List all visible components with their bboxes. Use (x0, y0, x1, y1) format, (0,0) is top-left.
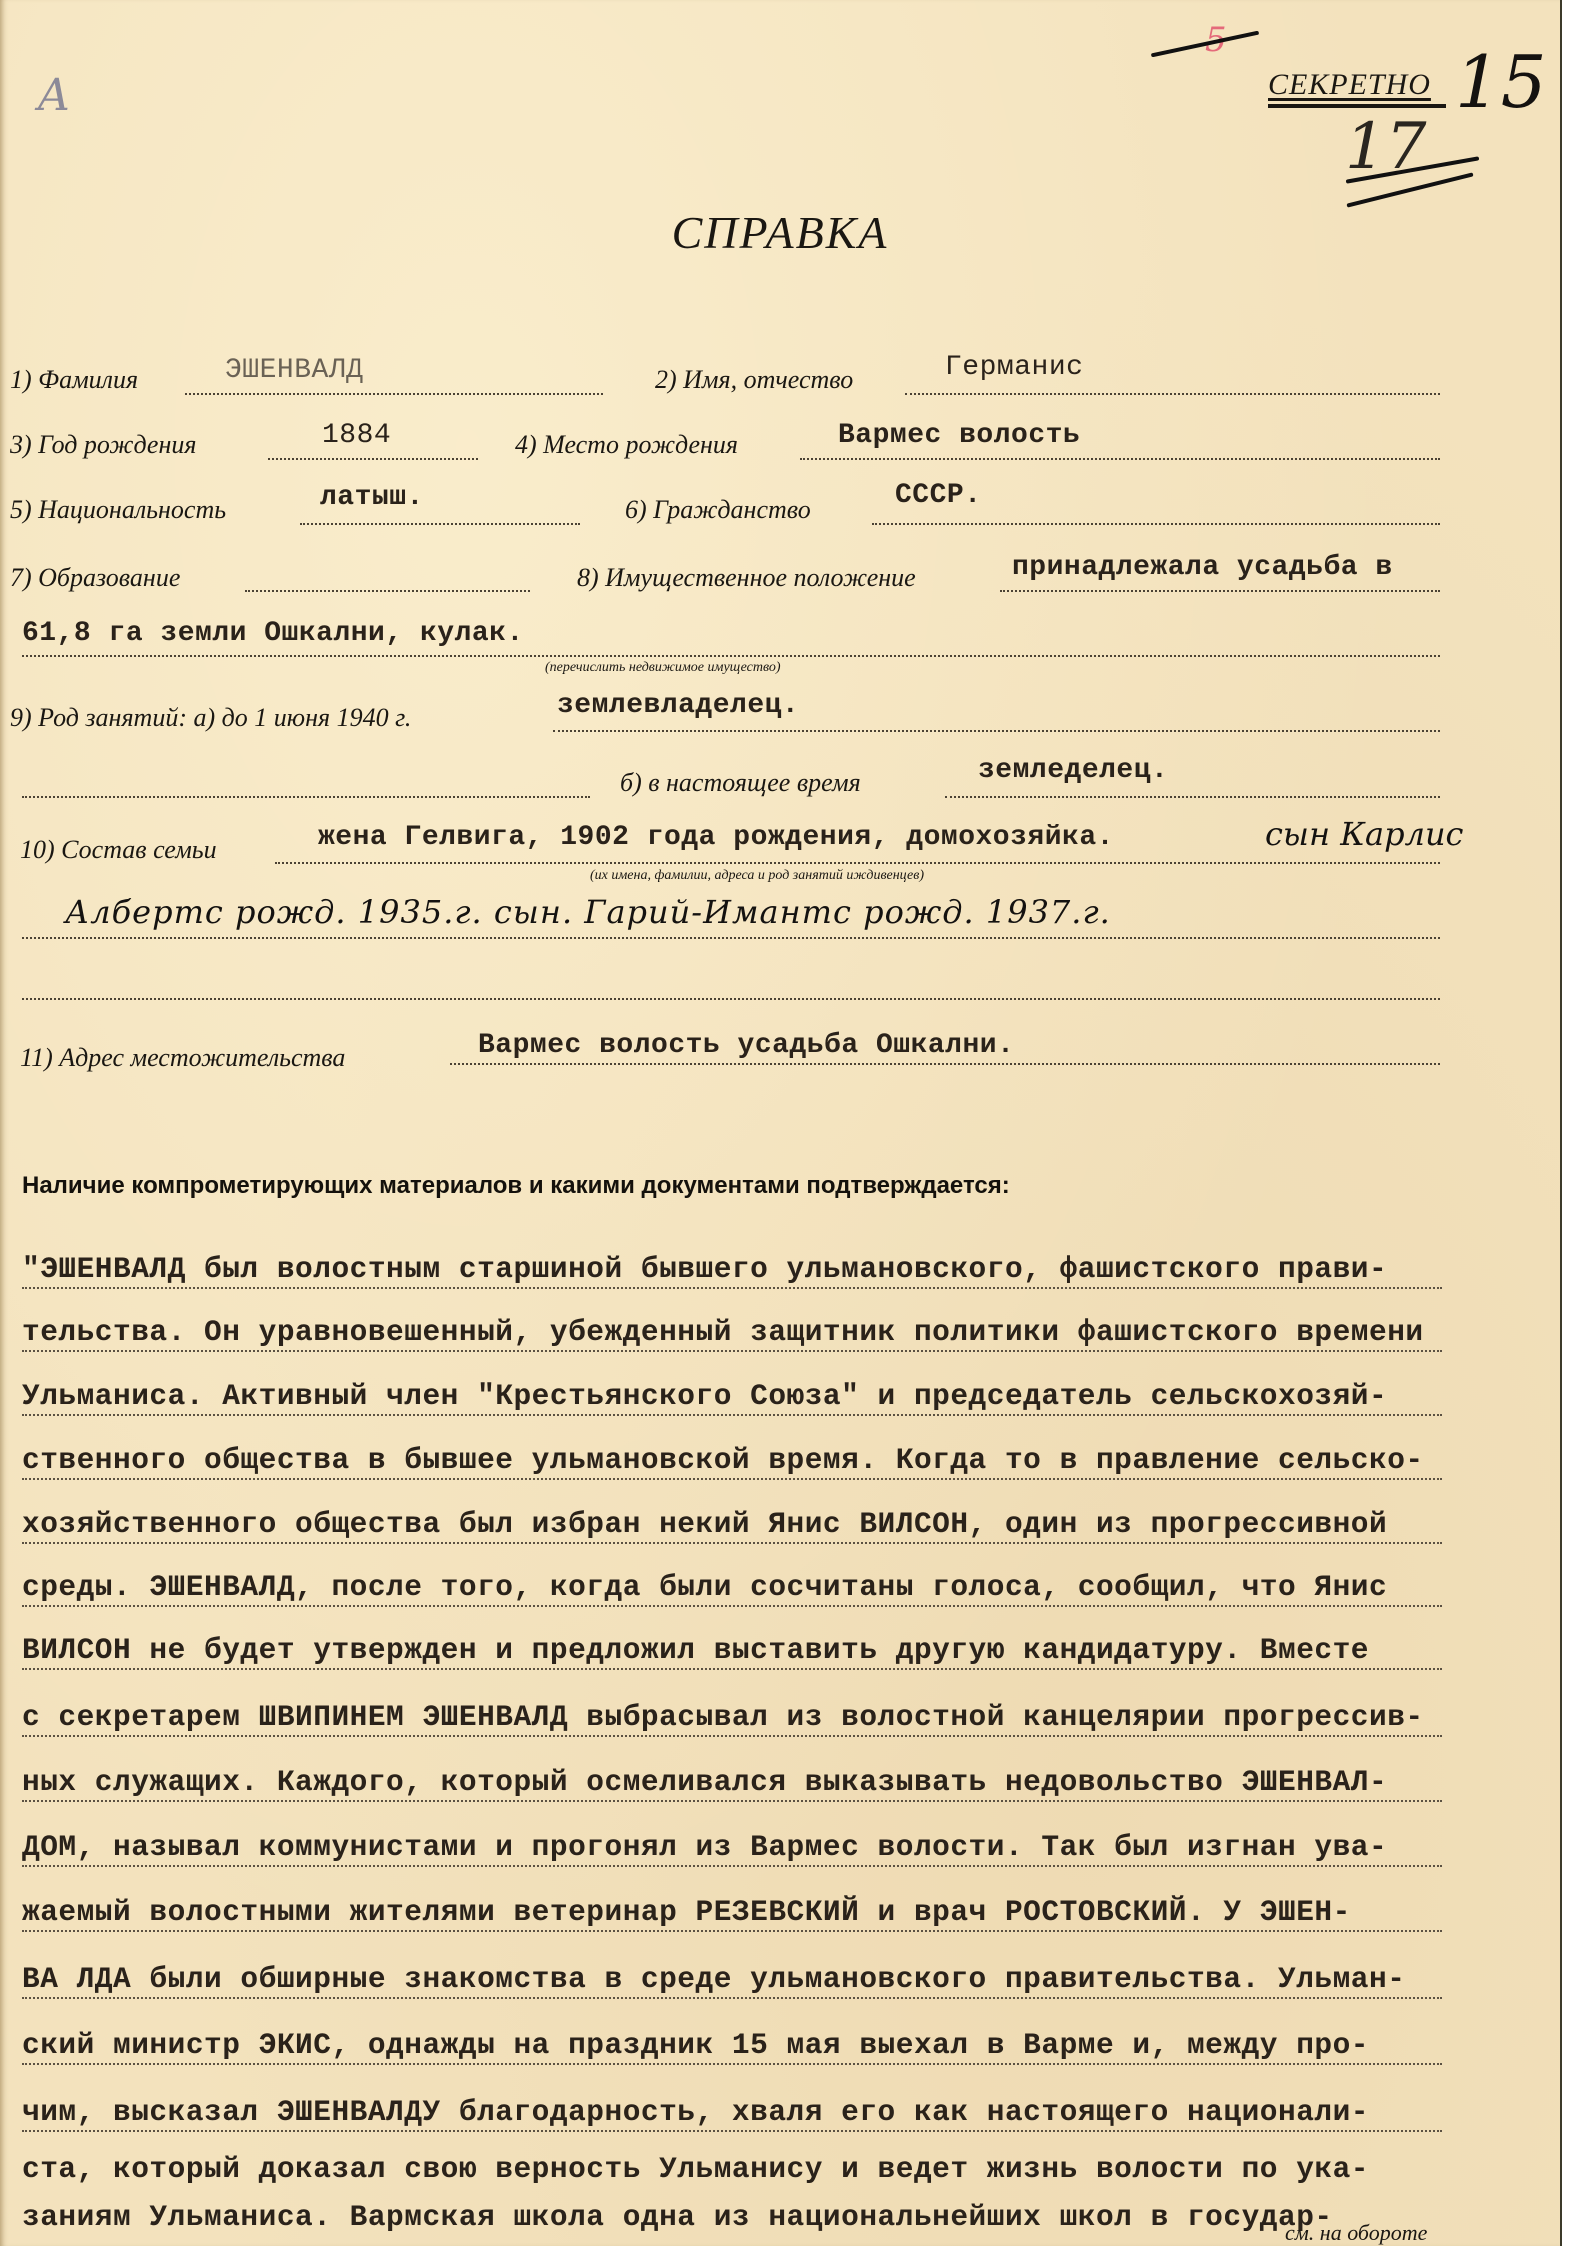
dotted-line (22, 937, 1440, 939)
dotted-line (450, 1063, 1440, 1065)
materials-heading: Наличие компрометирующих материалов и ка… (22, 1172, 1010, 1200)
text-line: с секретарем ШВИПИНЕМ ЭШЕНВАЛД выбрасыва… (22, 1700, 1424, 1734)
dotted-line (22, 1478, 1442, 1480)
label-family: 10) Состав семьи (20, 835, 217, 865)
dotted-line (945, 796, 1440, 798)
text-line: ственного общества в бывшее ульмановской… (22, 1443, 1424, 1477)
value-occupation-now: земледелец. (978, 755, 1168, 786)
classification-stamp: СЕКРЕТНО (1268, 68, 1431, 102)
dotted-line (905, 393, 1440, 395)
value-name-patronymic: Германис (945, 352, 1083, 383)
dotted-line (22, 1735, 1442, 1737)
label-occupation-now: б) в настоящее время (620, 768, 861, 798)
value-birth-place: Вармес волость (838, 420, 1080, 451)
document-title: СПРАВКА (0, 206, 1560, 259)
dotted-line (22, 796, 590, 798)
label-surname: 1) Фамилия (10, 365, 138, 395)
dotted-line (872, 523, 1440, 525)
value-address: Вармес волость усадьба Ошкални. (478, 1030, 1014, 1061)
dotted-line (22, 1605, 1442, 1607)
text-line: ста, который доказал свою верность Ульма… (22, 2152, 1369, 2186)
dotted-line (22, 655, 1440, 657)
dotted-line (22, 2130, 1442, 2132)
dotted-line (275, 862, 1440, 864)
text-line: Ульманиса. Активный член "Крестьянского … (22, 1379, 1387, 1413)
text-line: чим, высказал ЭШЕНВАЛДУ благодарность, х… (22, 2095, 1369, 2129)
label-birth-place: 4) Место рождения (515, 430, 738, 460)
label-nationality: 5) Национальность (10, 495, 226, 525)
text-line: хозяйственного общества был избран некий… (22, 1507, 1387, 1541)
page-number: 15 (1455, 40, 1547, 124)
value-property-continued: 61,8 га земли Ошкални, кулак. (22, 618, 524, 649)
hint-family: (их имена, фамилии, адреса и род занятий… (590, 868, 924, 884)
label-birth-year: 3) Год рождения (10, 430, 196, 460)
value-surname: ЭШЕНВАЛД (225, 355, 363, 386)
dotted-line (185, 393, 603, 395)
dotted-line (300, 523, 580, 525)
dotted-line (22, 1800, 1442, 1802)
value-property-status: принадлежала усадьба в (1012, 552, 1393, 583)
text-line: ский министр ЭКИС, однажды на праздник 1… (22, 2028, 1369, 2062)
dotted-line (268, 458, 478, 460)
text-line: ВА ЛДА были обширные знакомства в среде … (22, 1962, 1405, 1996)
classification-underline (1268, 104, 1446, 108)
text-line: тельства. Он уравновешенный, убежденный … (22, 1315, 1424, 1349)
handwritten-family-continued: Албертс рожд. 1935.г. сын. Гарий-Имантс … (65, 893, 1111, 931)
label-occupation-before: 9) Род занятий: а) до 1 июня 1940 г. (10, 703, 411, 733)
value-family: жена Гелвига, 1902 года рождения, домохо… (318, 822, 1114, 853)
text-line: жаемый волостными жителями ветеринар РЕЗ… (22, 1895, 1351, 1929)
hint-property: (перечислить недвижимое имущество) (545, 660, 781, 676)
dotted-line (800, 458, 1440, 460)
text-line: ВИЛСОН не будет утвержден и предложил вы… (22, 1633, 1369, 1667)
value-birth-year: 1884 (322, 420, 391, 451)
text-line: среды. ЭШЕНВАЛД, после того, когда были … (22, 1570, 1387, 1604)
text-line: заниям Ульманиса. Вармская школа одна из… (22, 2200, 1333, 2234)
text-line: "ЭШЕНВАЛД был волостным старшиной бывшег… (22, 1252, 1387, 1286)
dotted-line (22, 1542, 1442, 1544)
text-line: ДОМ, называл коммунистами и прогонял из … (22, 1830, 1387, 1864)
dotted-line (553, 730, 1440, 732)
value-nationality: латыш. (320, 482, 424, 513)
document-page: A 5 СЕКРЕТНО 15 17 СПРАВКА 1) Фамилия ЭШ… (0, 0, 1562, 2246)
dotted-line (22, 1668, 1442, 1670)
dotted-line (22, 1350, 1442, 1352)
dotted-line (22, 1414, 1442, 1416)
text-line: ных служащих. Каждого, который осмеливал… (22, 1765, 1387, 1799)
see-reverse-note: см. на обороте (1285, 2220, 1427, 2246)
dotted-line (22, 1865, 1442, 1867)
dotted-line (22, 1930, 1442, 1932)
dotted-line (22, 1997, 1442, 1999)
pencil-mark: A (38, 70, 70, 121)
label-citizenship: 6) Гражданство (625, 495, 811, 525)
dotted-line (245, 590, 530, 592)
label-name-patronymic: 2) Имя, отчество (655, 365, 853, 395)
dotted-line (22, 1287, 1442, 1289)
value-citizenship: СССР. (895, 480, 982, 511)
dotted-line (1000, 590, 1440, 592)
label-property-status: 8) Имущественное положение (577, 563, 916, 593)
value-occupation-before: землевладелец. (557, 690, 799, 721)
dotted-line (22, 2063, 1442, 2065)
label-address: 11) Адрес местожительства (20, 1043, 345, 1073)
handwritten-family: сын Карлис (1265, 815, 1463, 853)
label-education: 7) Образование (10, 563, 180, 593)
dotted-line (22, 998, 1440, 1000)
